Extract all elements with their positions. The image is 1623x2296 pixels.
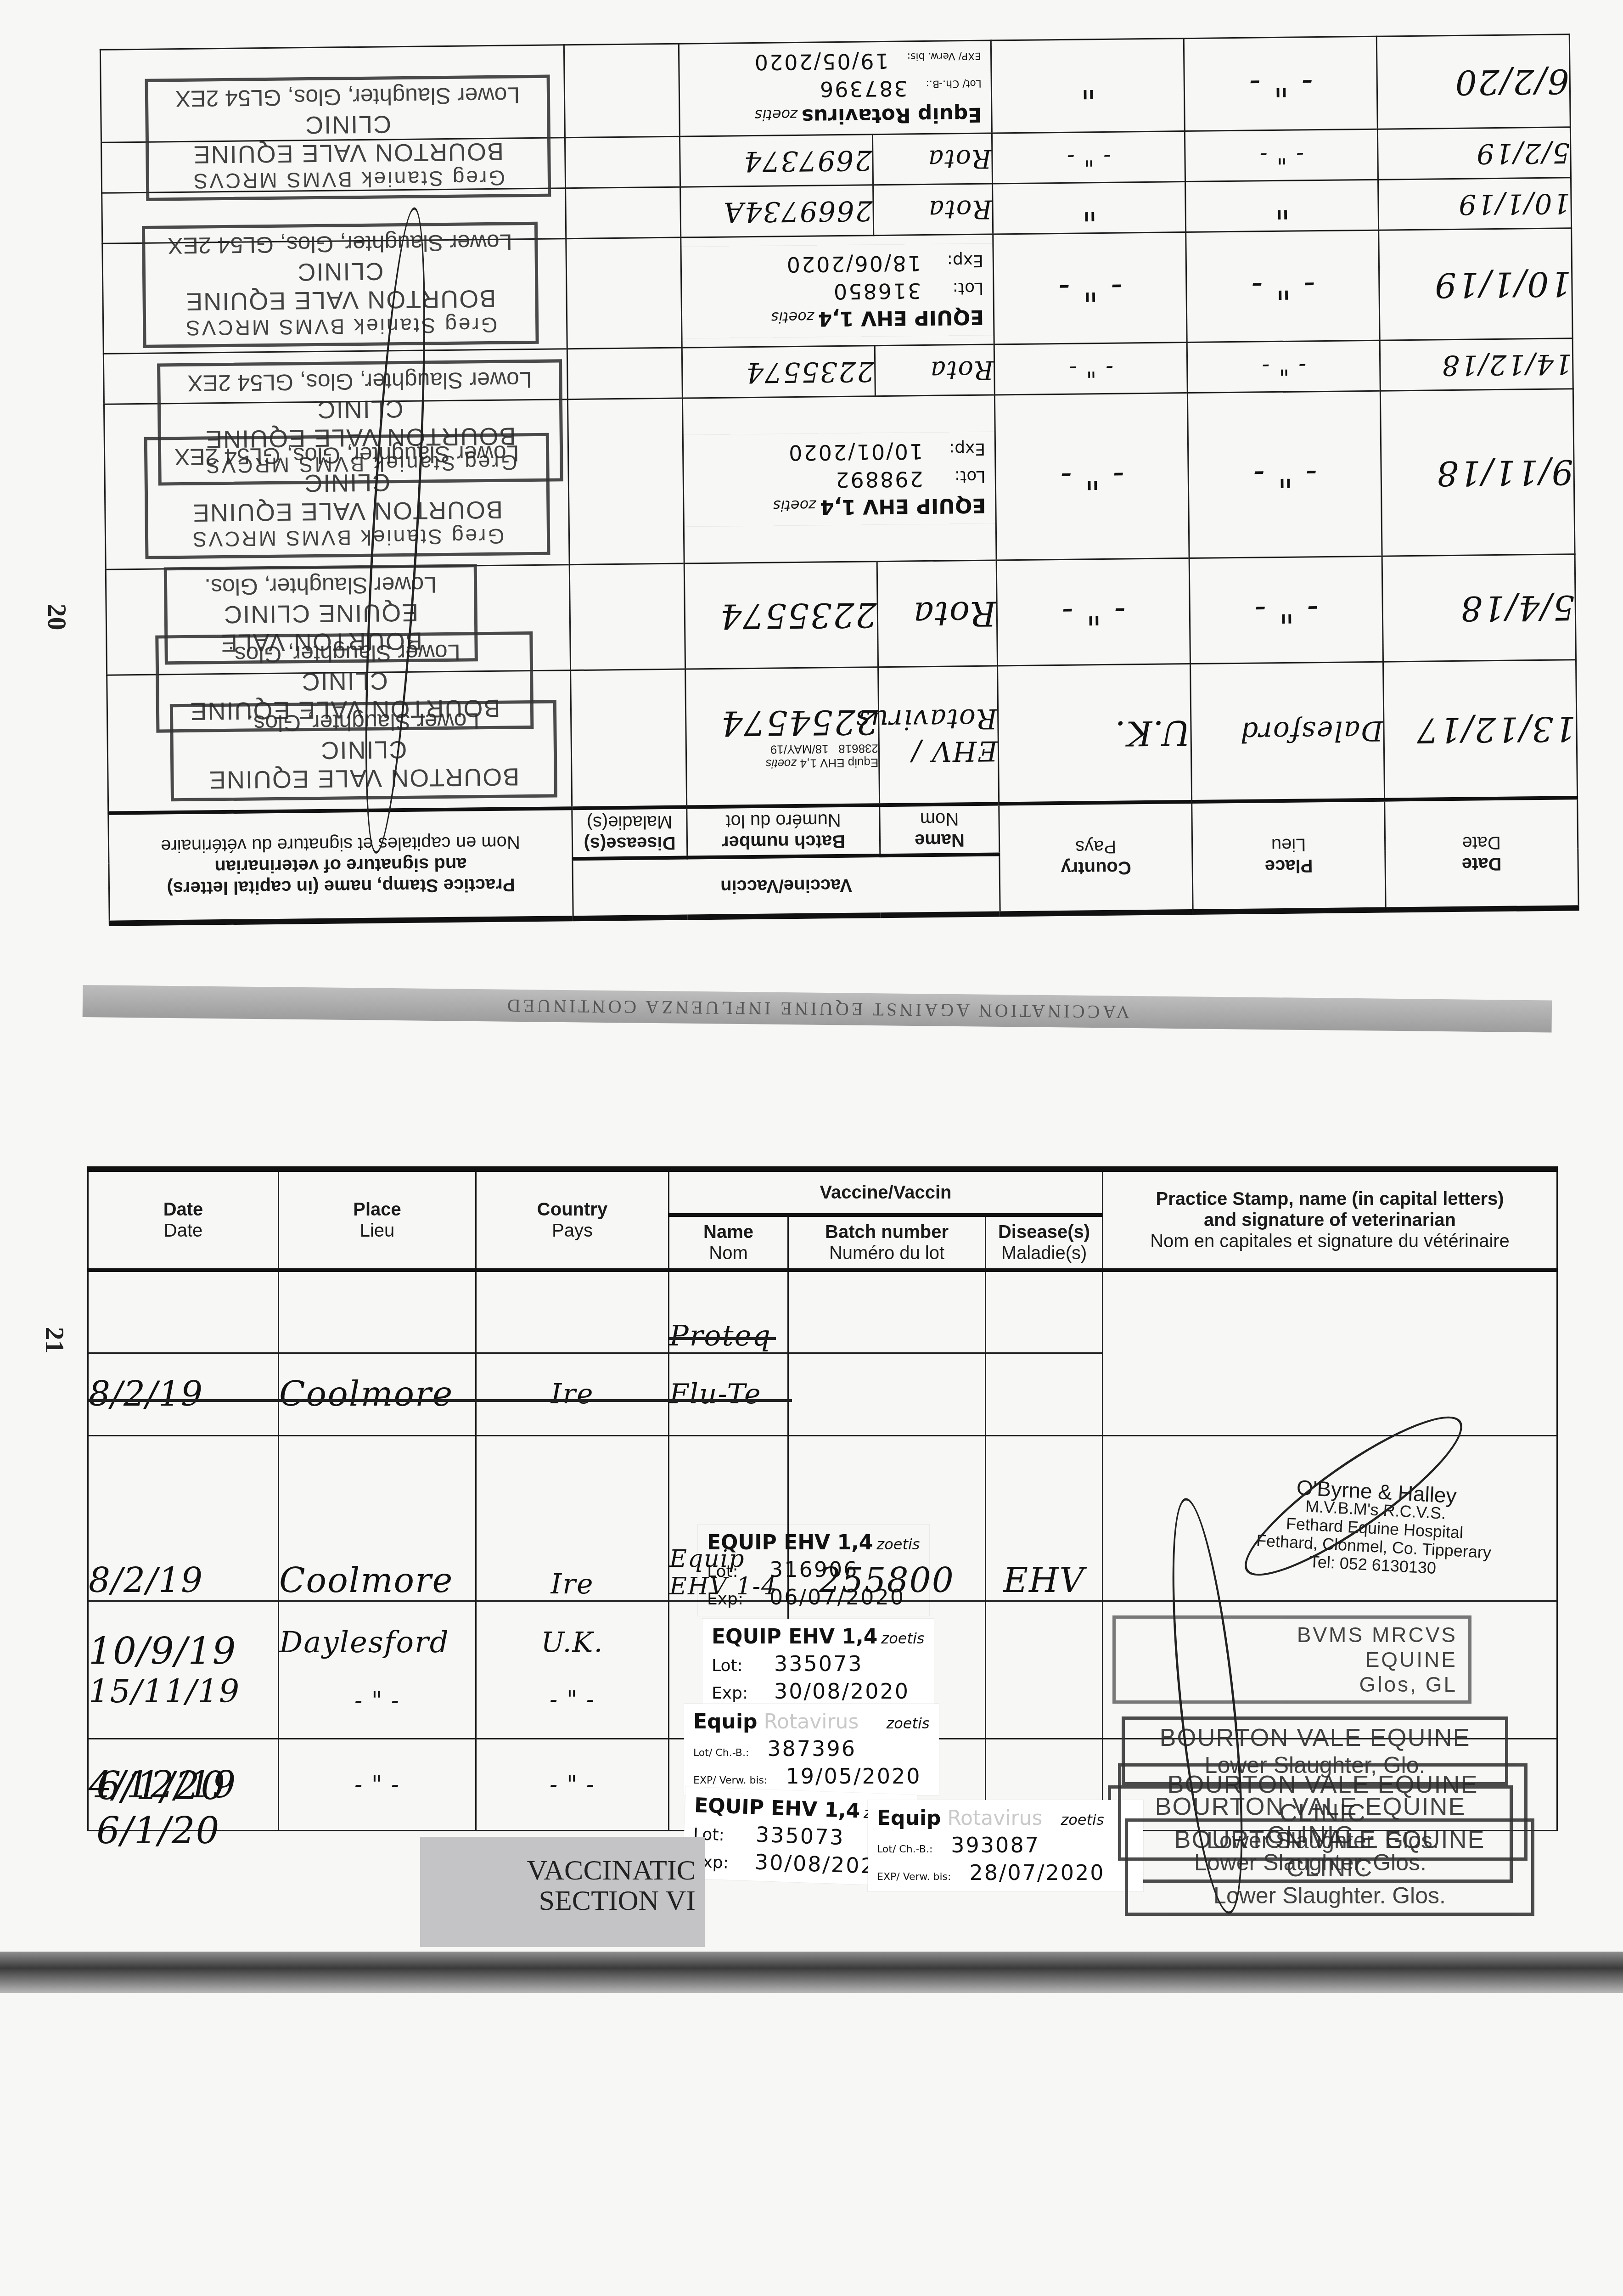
header-name: NameNom — [669, 1215, 788, 1270]
upper-vaccination-table: DateDate PlaceLieu CountryPays Vaccine/V… — [100, 34, 1579, 926]
clinic-stamp: BOURTON VALE EQUINE CLINICLower Slaughte… — [164, 564, 478, 665]
irish-vet-stamp-cell: O'Byrne & Halley M.V.B.M's.R.C.V.S. Feth… — [1103, 1435, 1557, 1601]
vaccine-name-cell: Rota — [929, 355, 994, 385]
place-cell: - " - — [279, 1687, 475, 1714]
batch-cell: 2254574 — [720, 702, 878, 743]
date-cell: 13/12/17 — [1416, 709, 1576, 750]
country-cell: " — [1079, 66, 1096, 106]
place-cell: " — [1274, 186, 1291, 226]
vaccine-name-cell: Flu-Te — [669, 1378, 761, 1410]
country-cell: - " - — [1061, 592, 1126, 632]
batch-cell: 2669734A — [723, 194, 873, 228]
date-entry: 6/1/20 — [96, 1809, 220, 1852]
vaccine-sticker: EquipRotaviruszoetis Lot/ Ch.-B.:393087 … — [868, 1800, 1143, 1891]
header-vaccine: Vaccine/Vaccin — [669, 1169, 1103, 1215]
table-row: 5/4/18 - " - - " - Rota 2235574 BOURTON … — [106, 554, 1576, 675]
lower-page-vaccination-table: DateDate PlaceLieu CountryPays Vaccine/V… — [87, 1166, 1556, 2030]
vaccine-sticker: Equip Rotaviruszoetis Lot/ Ch.-B.:387396… — [680, 41, 991, 136]
batch-cell: 2235574 — [719, 595, 877, 636]
date-cell: 5/2/19 — [1476, 136, 1570, 169]
date-cell: 14/12/18 — [1441, 348, 1572, 381]
vaccine-name-cell: Rota — [927, 144, 991, 174]
table-row: 13/12/17 Dalesford U.K. EHV / Rotavirus … — [107, 660, 1578, 813]
date-entry: 6/1/20 — [96, 1763, 226, 1808]
place-cell: - " - — [1253, 590, 1319, 630]
header-practice-stamp: Practice Stamp, name (in capital letters… — [108, 808, 573, 923]
vaccine-name-cell: Rota — [912, 593, 996, 634]
country-cell: - " - — [1059, 457, 1124, 497]
table-row: 10/1/19 - " - - " - EQUIP EHV 1,4zoetis … — [102, 228, 1572, 354]
place-cell: - " - — [1248, 64, 1313, 104]
vaccine-sticker: EQUIP EHV 1,4zoetis Lot:298892 Exp:10/01… — [684, 432, 995, 527]
page-bottom-edge — [0, 1952, 1623, 1993]
table-row: Proteq — [88, 1270, 1557, 1353]
irish-vet-stamp: O'Byrne & Halley M.V.B.M's.R.C.V.S. Feth… — [1255, 1476, 1494, 1580]
place-cell: - " - — [1258, 142, 1304, 169]
vaccine-name-cell: Rota — [928, 194, 992, 225]
place-cell: - " - — [354, 1771, 400, 1798]
country-cell: Ire — [551, 1568, 594, 1600]
country-cell: - " - — [1068, 355, 1113, 383]
date-cell: 9/11/18 — [1436, 452, 1573, 493]
clinic-stamp: BOURTON VALE EQUINE CLINICLower Slaughte… — [1125, 1818, 1534, 1916]
country-cell: " — [1081, 188, 1098, 228]
country-cell: - " - — [477, 1686, 668, 1713]
country-cell: - " - — [1057, 269, 1123, 309]
header-place: PlaceLieu — [279, 1169, 476, 1270]
header-batch: Batch numberNuméro du lot — [788, 1215, 986, 1270]
disease-cell: EHV — [1003, 1561, 1085, 1600]
table-row: 6/2/20 - " - " Equip Rotaviruszoetis Lot… — [100, 34, 1570, 142]
vaccine-sticker: EquipRotaviruszoetis Lot/ Ch.-B.:387396 … — [684, 1704, 939, 1795]
date-cell: 8/2/19 — [89, 1374, 203, 1414]
country-cell: U.K. — [477, 1626, 668, 1659]
date-cell: 5/4/18 — [1460, 587, 1575, 628]
batch-cell: 2697374 — [743, 144, 872, 177]
date-cell: 10/9/19 — [89, 1630, 278, 1672]
date-cell: 15/11/19 — [89, 1672, 278, 1710]
header-date: DateDate — [88, 1169, 279, 1270]
date-cell: 10/1/19 — [1434, 264, 1572, 304]
vaccine-sticker: EQUIP EHV 1,4zoetis Lot:335073 Exp:30/08… — [702, 1619, 934, 1710]
country-cell: Ire — [551, 1378, 594, 1410]
country-cell: - " - — [550, 1771, 595, 1798]
vaccine-name-cell: Proteq — [669, 1319, 771, 1352]
header-country: CountryPays — [476, 1169, 669, 1270]
place-cell: - " - — [1261, 353, 1306, 380]
vaccine-sticker: EQUIP EHV 1,4zoetis Lot:316850 Exp:18/06… — [681, 244, 993, 338]
header-disease: Disease(s)Maladie(s) — [572, 807, 687, 859]
place-cell: Coolmore — [279, 1374, 453, 1414]
header-vaccine: Vaccine/Vaccin — [573, 854, 1000, 918]
country-cell: - " - — [1066, 144, 1111, 171]
header-date: DateDate — [1385, 798, 1578, 910]
spine-band: VACCINATION AGAINST EQUINE INFLUENZA CON… — [83, 985, 1552, 1033]
place-cell: Coolmore — [279, 1561, 453, 1600]
page-number-21: 21 — [39, 1327, 70, 1354]
table-row: 9/11/18 - " - - " - EQUIP EHV 1,4zoetis … — [104, 389, 1575, 569]
date-cell: 10/1/19 — [1458, 187, 1571, 220]
place-cell: - " - — [1252, 455, 1317, 495]
place-cell: - " - — [1250, 266, 1315, 306]
date-cell: 8/2/19 — [89, 1561, 203, 1600]
date-cell: 6/2/20 — [1454, 61, 1569, 102]
header-place: PlaceLieu — [1192, 800, 1386, 912]
upper-page-vaccination-table: DateDate PlaceLieu CountryPays Vaccine/V… — [101, 52, 1579, 926]
country-cell: U.K. — [1114, 713, 1191, 753]
header-practice-stamp: Practice Stamp, name (in capital letters… — [1103, 1169, 1557, 1270]
header-disease: Disease(s)Maladie(s) — [986, 1215, 1103, 1270]
vaccine-sticker: EQUIP EHV 1,4zoetis Lot:316906 Exp:06/07… — [698, 1525, 929, 1616]
header-country: CountryPays — [999, 802, 1193, 914]
header-batch: Batch numberNuméro du lot — [687, 805, 880, 857]
place-cell: Dalesford — [1239, 714, 1383, 748]
sticker-small: Equip EHV 1,4 zoetis 238618 18/MAY/19 — [687, 741, 879, 771]
batch-cell: 2235574 — [745, 355, 875, 388]
clinic-stamp: BVMS MRCVSEQUINEGlos, GL — [1112, 1615, 1471, 1704]
place-cell: Daylesford — [279, 1626, 475, 1660]
page-number-20: 20 — [42, 604, 73, 630]
section-tab: VACCINATIC SECTION VI — [420, 1837, 705, 1947]
header-name: NameNom — [880, 804, 1000, 855]
